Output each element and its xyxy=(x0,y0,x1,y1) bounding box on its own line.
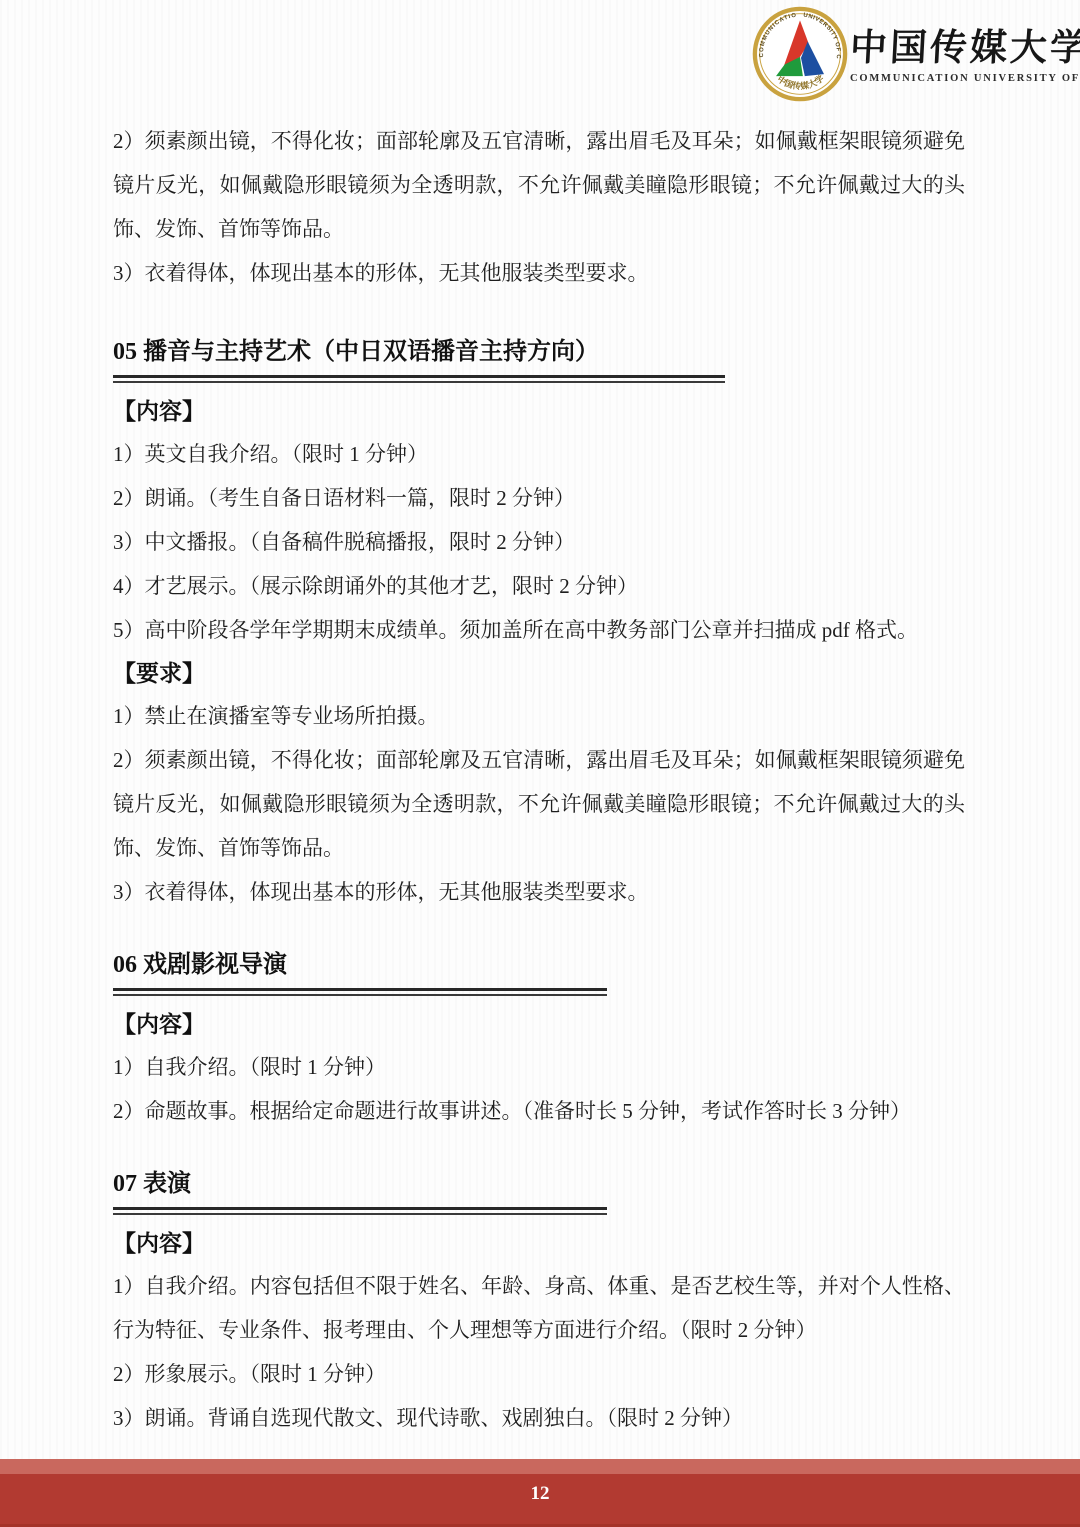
list-item: 1）英文自我介绍。（限时 1 分钟） xyxy=(113,432,965,476)
page-number: 12 xyxy=(531,1483,550,1505)
intro-item: 2）须素颜出镜，不得化妆；面部轮廓及五官清晰，露出眉毛及耳朵；如佩戴框架眼镜须避… xyxy=(113,119,965,251)
document-body: 2）须素颜出镜，不得化妆；面部轮廓及五官清晰，露出眉毛及耳朵；如佩戴框架眼镜须避… xyxy=(113,0,965,1440)
list-item: 2）命题故事。根据给定命题进行故事讲述。（准备时长 5 分钟，考试作答时长 3 … xyxy=(113,1089,965,1133)
section-title-double-rule xyxy=(113,988,607,996)
list-item: 3）朗诵。背诵自选现代散文、现代诗歌、戏剧独白。（限时 2 分钟） xyxy=(113,1396,965,1440)
section-title: 05 播音与主持艺术（中日双语播音主持方向） xyxy=(113,334,965,370)
section-06: 06 戏剧影视导演 【内容】 1）自我介绍。（限时 1 分钟） 2）命题故事。根… xyxy=(113,947,965,1133)
list-item: 1）禁止在演播室等专业场所拍摄。 xyxy=(113,694,965,738)
footer-bar: 12 xyxy=(0,1474,1080,1527)
block-label-requirements: 【要求】 xyxy=(113,652,965,694)
list-item: 4）才艺展示。（展示除朗诵外的其他才艺，限时 2 分钟） xyxy=(113,564,965,608)
section-title: 06 戏剧影视导演 xyxy=(113,947,965,983)
list-item: 3）衣着得体，体现出基本的形体，无其他服装类型要求。 xyxy=(113,870,965,914)
list-item: 2）须素颜出镜，不得化妆；面部轮廓及五官清晰，露出眉毛及耳朵；如佩戴框架眼镜须避… xyxy=(113,738,965,870)
list-item: 3）中文播报。（自备稿件脱稿播报，限时 2 分钟） xyxy=(113,520,965,564)
section-title-double-rule xyxy=(113,1207,607,1215)
list-item: 1）自我介绍。内容包括但不限于姓名、年龄、身高、体重、是否艺校生等，并对个人性格… xyxy=(113,1264,965,1352)
footer-accent-strip xyxy=(0,1459,1080,1474)
section-title-double-rule xyxy=(113,375,725,383)
list-item: 1）自我介绍。（限时 1 分钟） xyxy=(113,1045,965,1089)
page-footer: 12 xyxy=(0,1459,1080,1527)
list-item: 2）朗诵。（考生自备日语材料一篇，限时 2 分钟） xyxy=(113,476,965,520)
document-page: COMMUNICATION UNIVERSITY OF CHINA 中国传媒大学… xyxy=(0,0,1080,1527)
list-item: 5）高中阶段各学年学期期末成绩单。须加盖所在高中教务部门公章并扫描成 pdf 格… xyxy=(113,608,965,652)
section-07: 07 表演 【内容】 1）自我介绍。内容包括但不限于姓名、年龄、身高、体重、是否… xyxy=(113,1166,965,1440)
section-title: 07 表演 xyxy=(113,1166,965,1202)
block-label-content: 【内容】 xyxy=(113,1215,965,1264)
list-item: 2）形象展示。（限时 1 分钟） xyxy=(113,1352,965,1396)
intro-item: 3）衣着得体，体现出基本的形体，无其他服装类型要求。 xyxy=(113,251,965,295)
section-05: 05 播音与主持艺术（中日双语播音主持方向） 【内容】 1）英文自我介绍。（限时… xyxy=(113,334,965,914)
block-label-content: 【内容】 xyxy=(113,383,965,432)
block-label-content: 【内容】 xyxy=(113,996,965,1045)
